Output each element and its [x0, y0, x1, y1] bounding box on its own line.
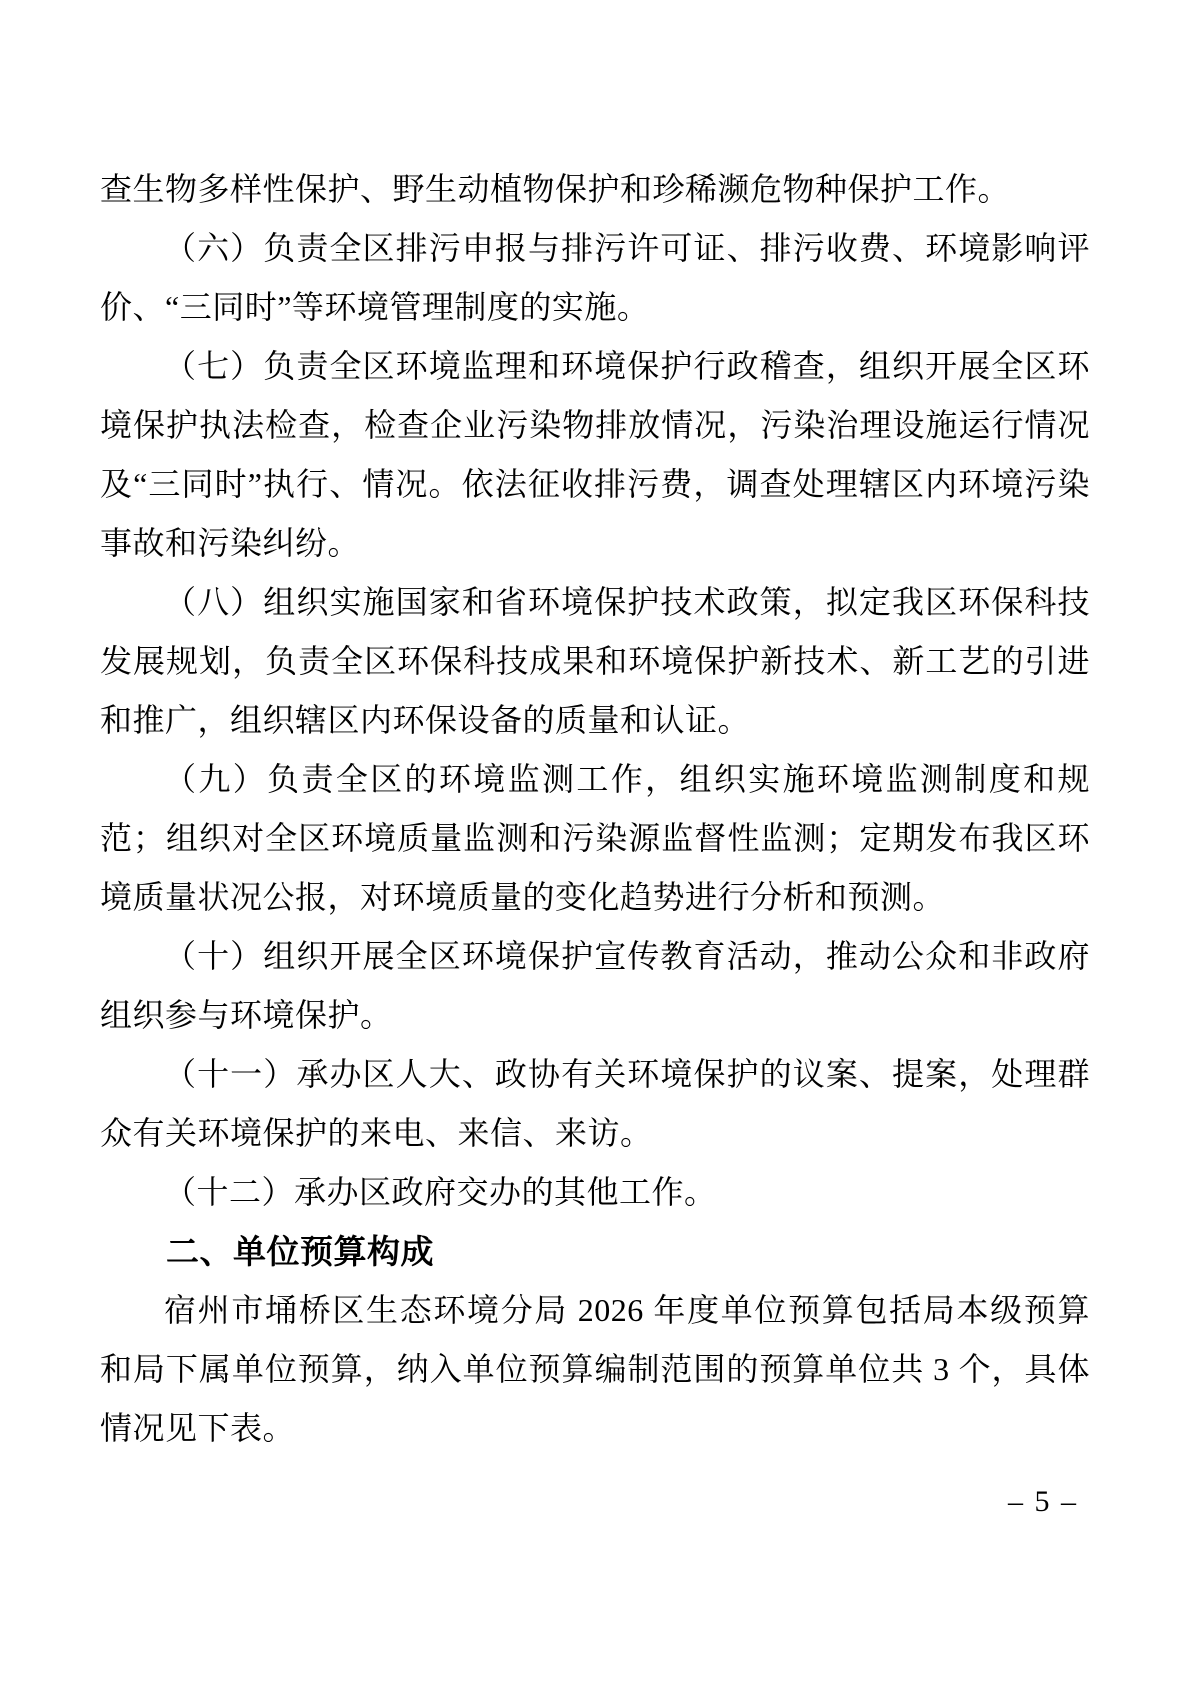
paragraph-item-8: （八）组织实施国家和省环境保护技术政策，拟定我区环保科技发展规划，负责全区环保科… [100, 573, 1090, 750]
paragraph-item-12: （十二）承办区政府交办的其他工作。 [100, 1163, 1090, 1222]
document-page: 查生物多样性保护、野生动植物保护和珍稀濒危物种保护工作。 （六）负责全区排污申报… [0, 0, 1190, 1683]
paragraph-item-10: （十）组织开展全区环境保护宣传教育活动，推动公众和非政府组织参与环境保护。 [100, 927, 1090, 1045]
paragraph-continuation: 查生物多样性保护、野生动植物保护和珍稀濒危物种保护工作。 [100, 160, 1090, 219]
section-heading: 二、单位预算构成 [100, 1222, 1090, 1281]
page-number: – 5 – [1008, 1484, 1078, 1520]
paragraph-budget-composition: 宿州市埇桥区生态环境分局 2026 年度单位预算包括局本级预算和局下属单位预算，… [100, 1281, 1090, 1458]
paragraph-item-7: （七）负责全区环境监理和环境保护行政稽查，组织开展全区环境保护执法检查，检查企业… [100, 337, 1090, 573]
paragraph-item-11: （十一）承办区人大、政协有关环境保护的议案、提案，处理群众有关环境保护的来电、来… [100, 1045, 1090, 1163]
paragraph-item-9: （九）负责全区的环境监测工作，组织实施环境监测制度和规范；组织对全区环境质量监测… [100, 750, 1090, 927]
paragraph-item-6: （六）负责全区排污申报与排污许可证、排污收费、环境影响评价、“三同时”等环境管理… [100, 219, 1090, 337]
document-body: 查生物多样性保护、野生动植物保护和珍稀濒危物种保护工作。 （六）负责全区排污申报… [100, 160, 1090, 1458]
